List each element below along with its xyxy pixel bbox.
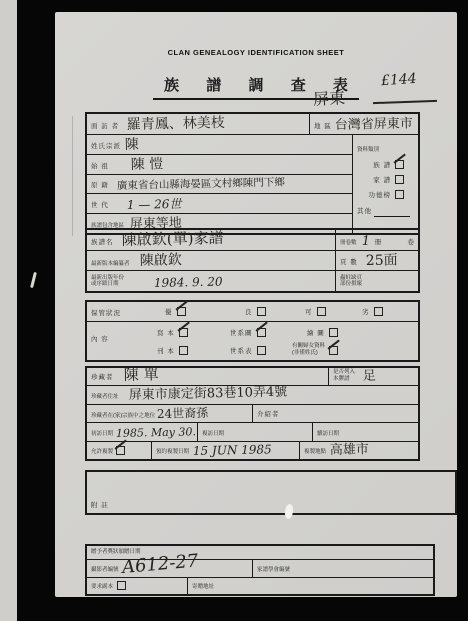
section-admin-table: 贈予者獎狀頒贈日期 攝影者編號 A612-27 家譜學會編號 要求副本 — [85, 544, 435, 596]
checkbox — [317, 307, 326, 316]
checkbox — [395, 160, 404, 169]
scan-background: CLAN GENEALOGY IDENTIFICATION SHEET 族 譜 … — [0, 0, 468, 621]
compiler-value: 陳啟欽 — [139, 253, 181, 268]
checkbox — [177, 307, 186, 316]
scan-scratch — [30, 272, 37, 288]
copy-place-label: 複製地點 — [304, 449, 326, 457]
volume-unit-label: 冊 — [375, 237, 383, 248]
section-identification-table: 面 訪 者 羅青鳳、林美枝 地 區 台灣省屏東市 姓氏宗派 陳 — [85, 112, 420, 235]
category-item-other: 其他 — [357, 206, 414, 217]
listed-in-film-label: 是否列入本膠譜 — [333, 369, 355, 383]
checkbox — [395, 175, 404, 184]
row-publication-date: 最新出版年份或序跋日期 1984. 9. 20 蟲蛀缺頁部份損壞 — [87, 270, 418, 291]
check-icon — [115, 440, 127, 450]
owner-label: 珍藏者 — [91, 372, 114, 383]
first-ancestor-value: 陳 愷 — [131, 157, 164, 172]
row-origin: 原 籍 廣東省台山縣海晏區文村鄉陳門下鄉 — [87, 174, 352, 194]
category-merit-label: 功德榜 — [369, 190, 392, 201]
section-condition-table: 保管狀況 優 良 可 劣 — [85, 300, 420, 362]
checkbox — [179, 328, 188, 337]
compiler-label: 最新版本編纂者 — [91, 261, 130, 269]
content-label: 內 容 — [91, 334, 109, 345]
checkbox — [374, 307, 383, 316]
genealogy-name-value: 陳啟欽(單)家譜 — [121, 231, 223, 248]
checkbox — [329, 346, 338, 355]
handwritten-catalog-number: £144 — [380, 71, 417, 89]
row-request-copy: 要求副本 寄贈地址 — [87, 577, 433, 594]
category-other-blank — [374, 209, 410, 217]
volume-count-value: 1 — [361, 235, 370, 248]
origin-value: 廣東省台山縣海晏區文村鄉陳門下鄉 — [117, 177, 285, 191]
handwritten-underline — [373, 100, 437, 104]
followup-visit-label: 續訪日期 — [317, 431, 339, 439]
row-clan: 姓氏宗派 陳 — [87, 135, 352, 154]
content-women-data: 有關婦女資料(非僅姓氏) — [292, 343, 338, 357]
owner-address-label: 珍藏者住址 — [91, 394, 119, 402]
checkbox — [179, 346, 188, 355]
interviewer-value: 羅青鳳、林美枝 — [127, 116, 225, 132]
category-item-genealogy: 族 譜 — [357, 160, 414, 171]
category-other-label: 其他 — [357, 206, 372, 217]
category-genealogy-label: 族 譜 — [373, 160, 391, 171]
photographer-number-value: A612-27 — [121, 552, 199, 577]
row-storage-condition: 保管狀況 優 良 可 劣 — [87, 302, 418, 321]
condition-option-poor: 劣 — [362, 307, 383, 318]
interviewer-label: 面 訪 者 — [91, 121, 119, 132]
data-category-box: 資料類別 族 譜 家 譜 功德榜 其他 — [353, 135, 418, 233]
owner-value: 陳 單 — [123, 368, 158, 384]
region-label: 地 區 — [314, 121, 332, 132]
checkbox — [116, 446, 125, 455]
request-copy-label: 要求副本 — [91, 584, 113, 592]
form-english-title: CLAN GENEALOGY IDENTIFICATION SHEET — [55, 48, 457, 57]
row-genealogy-name: 族譜名 陳啟欽(單)家譜 冊卷數 1 冊 卷 — [87, 230, 418, 250]
checkbox — [329, 328, 338, 337]
notes-label: 附 註 — [91, 498, 109, 511]
row-content-types: 內 容 寫 本 世系圖 繪 圖 刊 本 — [87, 321, 418, 360]
row-interviewer: 面 訪 者 羅青鳳、林美枝 地 區 台灣省屏東市 — [87, 114, 418, 135]
genealogy-name-label: 族譜名 — [91, 237, 114, 248]
checkbox — [257, 346, 266, 355]
first-visit-value: 1985. May 30. — [116, 426, 196, 439]
first-ancestor-label: 始 祖 — [91, 161, 109, 172]
condition-option-fair: 可 — [305, 307, 326, 318]
storage-condition-label: 保管狀況 — [91, 308, 121, 319]
damage-note-label: 蟲蛀缺頁部份損壞 — [340, 275, 362, 289]
form-paper: CLAN GENEALOGY IDENTIFICATION SHEET 族 譜 … — [55, 12, 457, 597]
society-number-label: 家譜學會編號 — [257, 567, 290, 575]
region-value: 台灣省屏東市 — [335, 117, 413, 132]
mailing-address-label: 寄贈地址 — [192, 584, 214, 592]
content-illustrations: 繪 圖 — [307, 328, 338, 339]
content-printed: 刊 本 — [157, 346, 188, 357]
generations-label: 世 代 — [91, 200, 109, 211]
check-icon — [328, 340, 340, 350]
scroll-unit-label: 卷 — [408, 237, 416, 248]
publication-date-value: 1984. 9. 20 — [154, 276, 223, 289]
section-notes-box: 附 註 — [85, 470, 457, 515]
category-item-merit-board: 功德榜 — [357, 190, 414, 201]
photographer-number-label: 攝影者編號 — [91, 567, 119, 575]
section-owner-table: 珍藏者 陳 單 是否列入本膠譜 足 珍藏者住址 屏東市康定街83巷10弄4號 — [85, 366, 420, 461]
data-category-title: 資料類別 — [357, 147, 379, 154]
checkbox — [395, 190, 404, 199]
first-visit-label: 初訪日期 — [91, 431, 113, 439]
clan-label: 姓氏宗派 — [91, 141, 121, 152]
clan-position-label: 珍藏者在(家)宗族中之地位 — [91, 413, 155, 421]
owner-address-value: 屏東市康定街83巷10弄4號 — [128, 385, 287, 401]
publication-date-label: 最新出版年份或序跋日期 — [91, 275, 124, 289]
origin-label: 原 籍 — [91, 180, 109, 191]
paper-fold-line — [72, 116, 73, 236]
handwritten-region: 屏東 — [312, 85, 345, 110]
clan-position-value: 24世裔孫 — [157, 407, 209, 420]
page-count-value: 25面 — [366, 254, 398, 269]
checkbox — [117, 581, 126, 590]
row-first-ancestor: 始 祖 陳 愷 — [87, 154, 352, 174]
introducer-label: 介紹者 — [257, 409, 280, 420]
row-visit-dates: 初訪日期 1985. May 30. 複訪日期 續訪日期 — [87, 422, 418, 440]
listed-in-film-value: 足 — [363, 370, 376, 383]
notes-row: 附 註 — [87, 472, 455, 513]
content-lineage-table: 世系表 — [230, 346, 266, 357]
check-icon — [255, 322, 267, 332]
copy-permission-label: 允許複製 — [91, 449, 113, 457]
condition-option-excellent: 優 — [165, 307, 186, 318]
scan-blob — [284, 504, 294, 520]
category-item-family-register: 家 譜 — [357, 175, 414, 186]
revisit-label: 複訪日期 — [202, 431, 224, 439]
content-manuscript: 寫 本 — [157, 328, 188, 339]
row-copy-permission: 允許複製 預約複製日期 15 JUN 1985 複製地點 高雄市 — [87, 441, 418, 459]
check-icon — [177, 322, 189, 332]
scan-edge-strip — [0, 0, 17, 621]
row-generations: 世 代 1 — 26世 — [87, 193, 352, 213]
copy-date-value: 15 JUN 1985 — [193, 443, 272, 457]
condition-option-good: 良 — [245, 307, 266, 318]
row-compiler: 最新版本編纂者 陳啟欽 頁 數 25面 — [87, 250, 418, 271]
generations-value: 1 — 26世 — [127, 198, 182, 211]
checkbox — [257, 328, 266, 337]
section-genealogy-table: 族譜名 陳啟欽(單)家譜 冊卷數 1 冊 卷 最新版本編纂者 陳啟欽 頁 數 — [85, 228, 420, 293]
category-family-label: 家 譜 — [373, 175, 391, 186]
row-owner-address: 珍藏者住址 屏東市康定街83巷10弄4號 — [87, 385, 418, 403]
row-owner: 珍藏者 陳 單 是否列入本膠譜 足 — [87, 368, 418, 385]
row-photographer-number: 攝影者編號 A612-27 家譜學會編號 — [87, 559, 433, 577]
row-clan-position: 珍藏者在(家)宗族中之地位 24世裔孫 介紹者 — [87, 404, 418, 422]
checkbox — [257, 307, 266, 316]
page-count-label: 頁 數 — [340, 257, 358, 268]
check-icon — [175, 301, 187, 311]
volume-count-label: 冊卷數 — [340, 240, 357, 248]
content-lineage-chart: 世系圖 — [230, 328, 266, 339]
check-icon — [394, 154, 406, 164]
copy-date-label: 預約複製日期 — [156, 449, 189, 457]
clan-value: 陳 — [125, 138, 139, 152]
copy-place-value: 高雄市 — [330, 443, 369, 457]
